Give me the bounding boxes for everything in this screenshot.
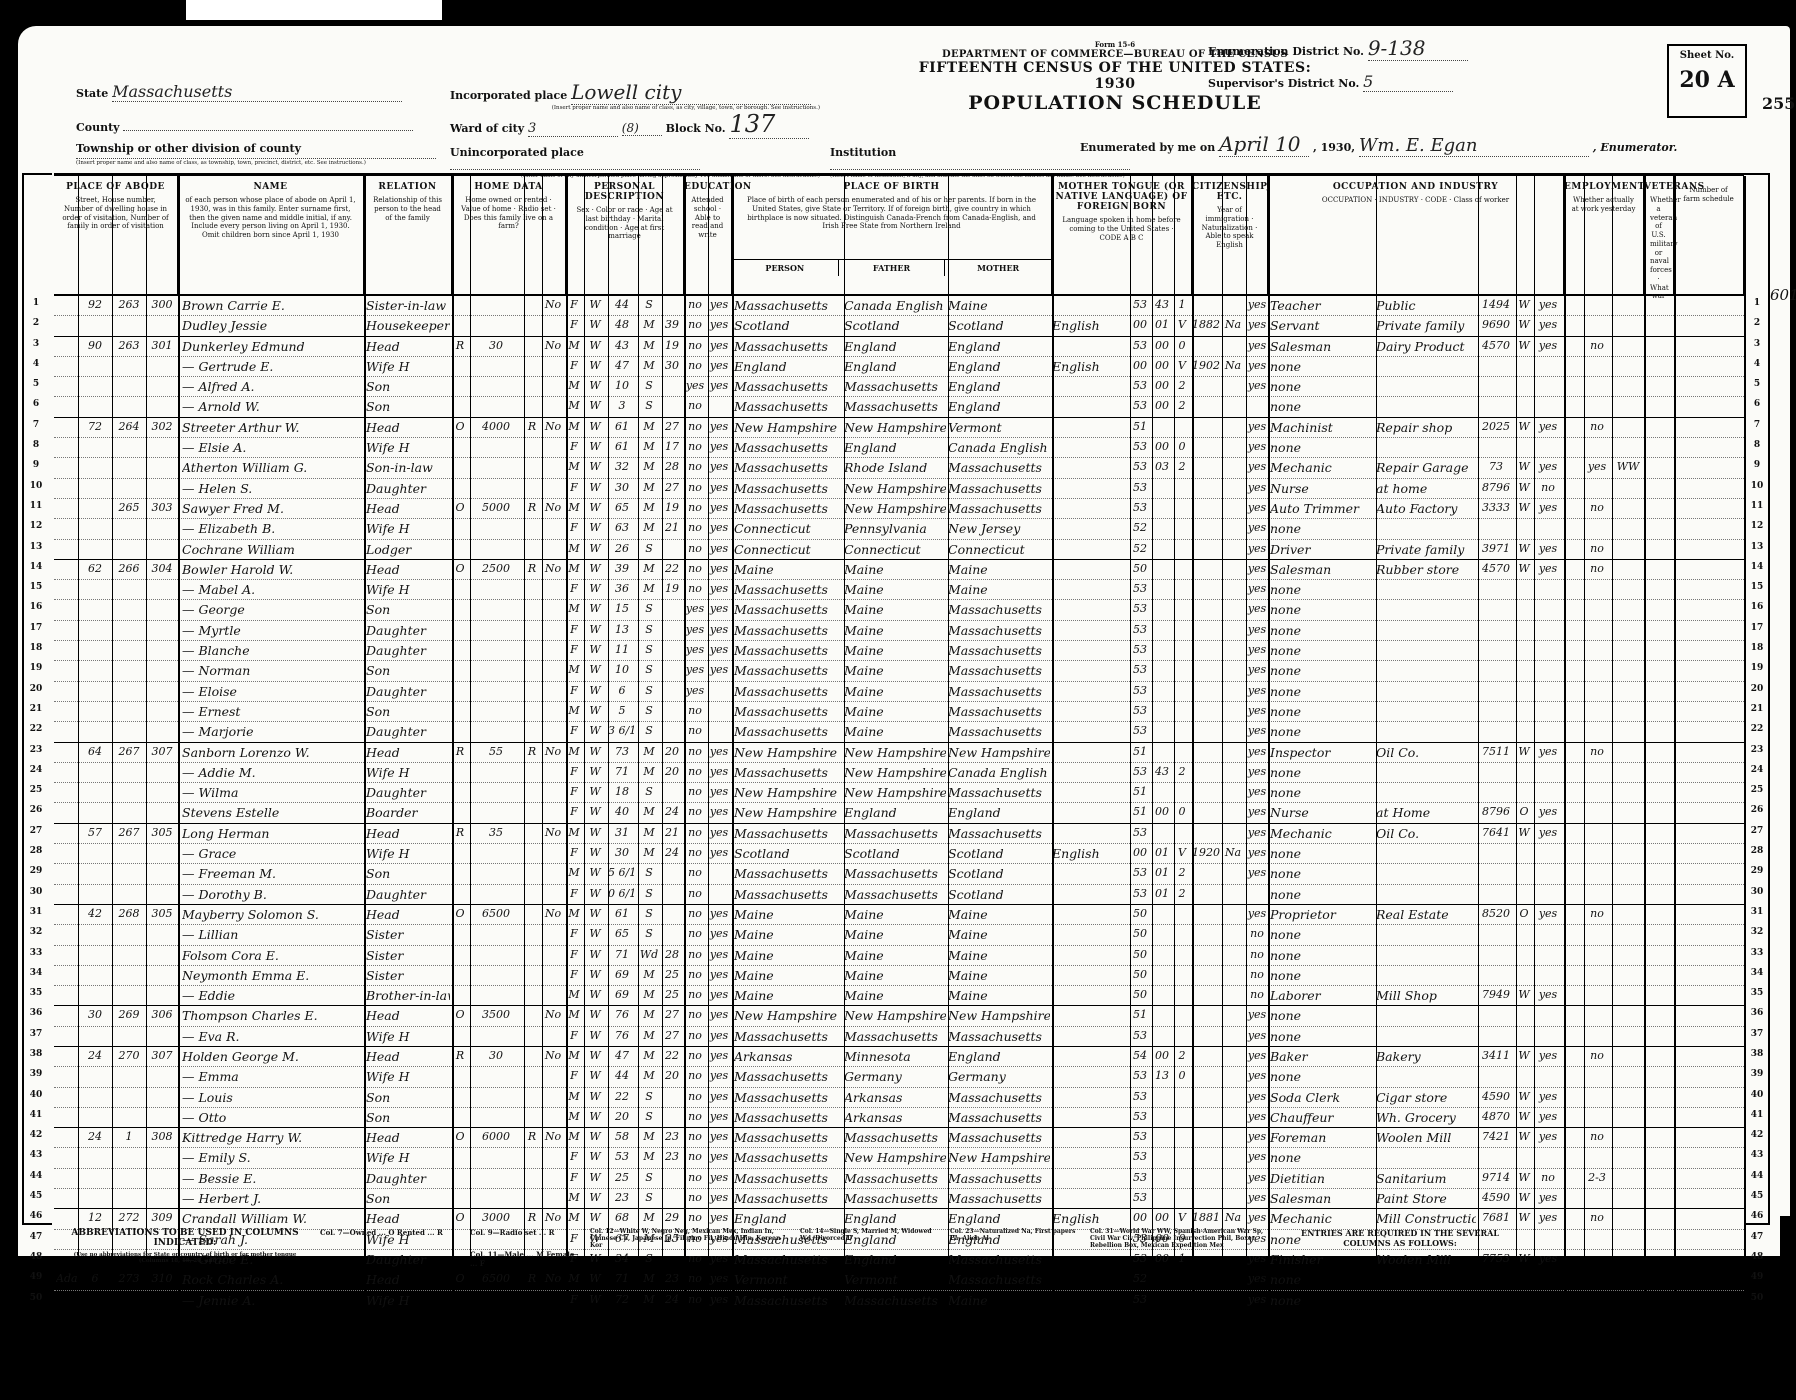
cell-bp-mother: Scotland bbox=[948, 887, 1050, 902]
cell-name: Kittredge Harry W. bbox=[182, 1130, 362, 1145]
line-number-right: 13 bbox=[1747, 542, 1767, 552]
cell-code-c: 0 bbox=[1174, 1069, 1190, 1082]
cell-code-b: 00 bbox=[1152, 359, 1172, 372]
cell-bp-father: New Hampshire bbox=[844, 765, 946, 780]
cell-sex: M bbox=[566, 339, 582, 352]
cell-bp-father: Minnesota bbox=[844, 1049, 946, 1064]
grid-line bbox=[662, 176, 663, 1311]
grid-line bbox=[1052, 176, 1054, 1311]
cell-bp-person: Massachusetts bbox=[734, 1110, 842, 1125]
cell-bp-person: New Hampshire bbox=[734, 420, 842, 435]
cell-name: — Otto bbox=[182, 1110, 362, 1125]
cell-bp-father: Maine bbox=[844, 927, 946, 942]
cell-marital: S bbox=[638, 663, 660, 676]
cell-tongue: English bbox=[1052, 318, 1128, 333]
cell-marital: S bbox=[638, 887, 660, 900]
table-row: 32— LillianSisterFW65SnoyesMaineMaineMai… bbox=[54, 925, 1744, 945]
table-row: 28— GraceWife HFW30M24noyesScotlandScotl… bbox=[54, 844, 1744, 864]
table-row: 39— EmmaWife HFW44M20noyesMassachusettsG… bbox=[54, 1067, 1744, 1087]
cell-race: W bbox=[584, 339, 606, 352]
line-number-right: 2 bbox=[1747, 318, 1767, 328]
cell-bp-father: New Hampshire bbox=[844, 1150, 946, 1165]
column-group-title: CITIZENSHIP, ETC. bbox=[1192, 176, 1267, 202]
line-number-left: 43 bbox=[24, 1150, 48, 1160]
ward-value: 3 bbox=[528, 121, 618, 137]
cell-family: 300 bbox=[146, 298, 178, 311]
cell-english: yes bbox=[1246, 359, 1268, 372]
column-group-header: MOTHER TONGUE (OR NATIVE LANGUAGE) OF FO… bbox=[1052, 176, 1192, 294]
cell-occ-code: 9690 bbox=[1478, 318, 1514, 331]
cell-code-b: 13 bbox=[1152, 1069, 1172, 1082]
cell-age-marr: 21 bbox=[662, 521, 682, 534]
cell-code-a: 53 bbox=[1130, 1150, 1150, 1163]
grid-line bbox=[732, 176, 734, 1311]
line-number-right: 46 bbox=[1747, 1211, 1767, 1221]
cell-marital: M bbox=[638, 562, 660, 575]
cell-radio: R bbox=[524, 420, 540, 433]
line-number-right: 47 bbox=[1747, 1232, 1767, 1242]
cell-race: W bbox=[584, 298, 606, 311]
cell-marital: M bbox=[638, 521, 660, 534]
cell-industry: Private family bbox=[1376, 542, 1476, 557]
abbrev-note: (Use no abbreviations for State or count… bbox=[70, 1252, 300, 1264]
cell-bp-father: Maine bbox=[844, 907, 946, 922]
birthplace-subheader: MOTHER bbox=[945, 260, 1051, 276]
cell-school: no bbox=[684, 704, 706, 717]
cell-code-a: 53 bbox=[1130, 399, 1150, 412]
cell-race: W bbox=[584, 623, 606, 636]
line-number-right: 17 bbox=[1747, 623, 1767, 633]
cell-class: W bbox=[1516, 745, 1532, 758]
column-group-description: Whether a veteran of U.S. military or na… bbox=[1644, 192, 1673, 305]
cell-occupation: none bbox=[1270, 643, 1374, 658]
cell-at-work: yes bbox=[1534, 562, 1562, 575]
cell-bp-mother: Maine bbox=[948, 988, 1050, 1003]
cell-value: 30 bbox=[470, 339, 522, 352]
entries-required-title: ENTRIES ARE REQUIRED IN THE SEVERAL COLU… bbox=[1300, 1228, 1500, 1248]
cell-english: yes bbox=[1246, 1211, 1268, 1224]
cell-relation: Son bbox=[366, 602, 450, 617]
column-group-title: OCCUPATION AND INDUSTRY bbox=[1268, 176, 1563, 192]
cell-name: — Lillian bbox=[182, 927, 362, 942]
column-group-header: CITIZENSHIP, ETC.Year of immigration · N… bbox=[1192, 176, 1268, 294]
cell-relation: Wife H bbox=[366, 846, 450, 861]
cell-class: W bbox=[1516, 339, 1532, 352]
cell-relation: Wife H bbox=[366, 765, 450, 780]
cell-read: yes bbox=[708, 1191, 730, 1204]
line-number-right: 43 bbox=[1747, 1150, 1767, 1160]
cell-race: W bbox=[584, 481, 606, 494]
cell-code-c: V bbox=[1174, 318, 1190, 331]
cell-bp-person: Arkansas bbox=[734, 1049, 842, 1064]
line-number-left: 17 bbox=[24, 623, 48, 633]
cell-age-marr: 29 bbox=[662, 1211, 682, 1224]
cell-school: no bbox=[684, 1150, 706, 1163]
table-row: 16— GeorgeSonMW15SyesyesMassachusettsMai… bbox=[54, 600, 1744, 620]
cell-code-a: 53 bbox=[1130, 724, 1150, 737]
cell-relation: Sister bbox=[366, 927, 450, 942]
cell-relation: Wife H bbox=[366, 521, 450, 536]
grid-line bbox=[638, 176, 639, 1311]
cell-industry: Cigar store bbox=[1376, 1090, 1476, 1105]
cell-marital: M bbox=[638, 968, 660, 981]
table-row: 42241308Kittredge Harry W.HeadO6000RNoMW… bbox=[54, 1128, 1744, 1148]
cell-bp-person: Massachusetts bbox=[734, 298, 842, 313]
block-value: 137 bbox=[729, 110, 809, 139]
cell-occupation: Soda Clerk bbox=[1270, 1090, 1374, 1105]
line-number-right: 41 bbox=[1747, 1110, 1767, 1120]
cell-bp-mother: Maine bbox=[948, 298, 1050, 313]
cell-name: Neymonth Emma E. bbox=[182, 968, 362, 983]
cell-occ-code: 3411 bbox=[1478, 1049, 1514, 1062]
cell-at-work: yes bbox=[1534, 339, 1562, 352]
cell-read: yes bbox=[708, 948, 730, 961]
cell-code-a: 00 bbox=[1130, 318, 1150, 331]
cell-english: no bbox=[1246, 927, 1268, 940]
cell-age: 31 bbox=[608, 826, 636, 839]
cell-sex: M bbox=[566, 866, 582, 879]
cell-read: yes bbox=[708, 643, 730, 656]
cell-occupation: none bbox=[1270, 785, 1374, 800]
cell-value: 4000 bbox=[470, 420, 522, 433]
cell-code-a: 53 bbox=[1130, 866, 1150, 879]
line-number-right: 8 bbox=[1747, 440, 1767, 450]
cell-bp-father: Maine bbox=[844, 988, 946, 1003]
cell-occupation: Proprietor bbox=[1270, 907, 1374, 922]
line-number-left: 34 bbox=[24, 968, 48, 978]
column-group-header: EMPLOYMENTWhether actually at work yeste… bbox=[1564, 176, 1644, 294]
cell-veteran: no bbox=[1584, 1130, 1610, 1143]
cell-bp-person: Massachusetts bbox=[734, 887, 842, 902]
cell-tongue: English bbox=[1052, 359, 1128, 374]
grid-line bbox=[608, 176, 609, 1311]
cell-marital: M bbox=[638, 1069, 660, 1082]
cell-marital: S bbox=[638, 602, 660, 615]
cell-sex: M bbox=[566, 1110, 582, 1123]
cell-relation: Son bbox=[366, 379, 450, 394]
table-row: 3824270307Holden George M.HeadR30NoMW47M… bbox=[54, 1047, 1744, 1067]
cell-marital: M bbox=[638, 1293, 660, 1306]
cell-relation: Son bbox=[366, 399, 450, 414]
cell-read: yes bbox=[708, 663, 730, 676]
cell-race: W bbox=[584, 440, 606, 453]
cell-school: no bbox=[684, 907, 706, 920]
cell-at-work: yes bbox=[1534, 1130, 1562, 1143]
cell-race: W bbox=[584, 1029, 606, 1042]
cell-school: no bbox=[684, 359, 706, 372]
cell-occupation: none bbox=[1270, 602, 1374, 617]
grid-line bbox=[524, 176, 525, 1311]
cell-age-marr: 20 bbox=[662, 765, 682, 778]
cell-race: W bbox=[584, 562, 606, 575]
cell-age: 15 bbox=[608, 602, 636, 615]
cell-bp-mother: Massachusetts bbox=[948, 501, 1050, 516]
table-row: 12— Elizabeth B.Wife HFW63M21noyesConnec… bbox=[54, 519, 1744, 539]
cell-farm: No bbox=[542, 339, 564, 352]
enum-district-label: Enumeration District No. bbox=[1208, 45, 1364, 58]
cell-school: no bbox=[684, 745, 706, 758]
cell-english: yes bbox=[1246, 298, 1268, 311]
table-row: 2757267305Long HermanHeadR35NoMW31M21noy… bbox=[54, 824, 1744, 844]
cell-race: W bbox=[584, 542, 606, 555]
cell-code-a: 53 bbox=[1130, 1130, 1150, 1143]
enumerated-label: Enumerated by me on bbox=[1080, 141, 1215, 154]
grid-line bbox=[684, 176, 686, 1311]
cell-read: yes bbox=[708, 1171, 730, 1184]
cell-english: yes bbox=[1246, 602, 1268, 615]
cell-english: yes bbox=[1246, 1090, 1268, 1103]
cell-code-a: 50 bbox=[1130, 907, 1150, 920]
cell-farm: No bbox=[542, 1008, 564, 1021]
cell-marital: M bbox=[638, 1008, 660, 1021]
cell-bp-mother: Massachusetts bbox=[948, 623, 1050, 638]
line-number-right: 11 bbox=[1747, 501, 1767, 511]
grid-line bbox=[844, 176, 845, 1311]
cell-occupation: Mechanic bbox=[1270, 826, 1374, 841]
cell-occupation: none bbox=[1270, 663, 1374, 678]
cell-age-marr: 27 bbox=[662, 1008, 682, 1021]
table-row: 11265303Sawyer Fred M.HeadO5000RNoMW65M1… bbox=[54, 499, 1744, 519]
cell-name: — Emma bbox=[182, 1069, 362, 1084]
cell-code-a: 53 bbox=[1130, 663, 1150, 676]
cell-marital: M bbox=[638, 440, 660, 453]
cell-occ-code: 2025 bbox=[1478, 420, 1514, 433]
cell-code-c: 0 bbox=[1174, 805, 1190, 818]
cell-farm: No bbox=[542, 1049, 564, 1062]
line-number-left: 30 bbox=[24, 887, 48, 897]
cell-radio: R bbox=[524, 1211, 540, 1224]
cell-code-a: 50 bbox=[1130, 988, 1150, 1001]
cell-dwelling: 265 bbox=[112, 501, 146, 514]
line-number-left: 9 bbox=[24, 460, 48, 470]
grid-line bbox=[470, 176, 471, 1311]
column-group-title: VETERANS bbox=[1644, 176, 1673, 192]
cell-school: no bbox=[684, 1090, 706, 1103]
cell-race: W bbox=[584, 521, 606, 534]
cell-house: 42 bbox=[78, 907, 112, 920]
cell-race: W bbox=[584, 805, 606, 818]
cell-dwelling: 272 bbox=[112, 1211, 146, 1224]
cell-code-c: 2 bbox=[1174, 1049, 1190, 1062]
cell-read: yes bbox=[708, 420, 730, 433]
cell-english: yes bbox=[1246, 1171, 1268, 1184]
cell-school: no bbox=[684, 724, 706, 737]
column-group-header: Number of farm schedule bbox=[1674, 176, 1744, 294]
cell-dwelling: 264 bbox=[112, 420, 146, 433]
cell-age-marr: 19 bbox=[662, 339, 682, 352]
cell-age: 76 bbox=[608, 1029, 636, 1042]
cell-name: Sawyer Fred M. bbox=[182, 501, 362, 516]
cell-sex: F bbox=[566, 318, 582, 331]
cell-code-a: 53 bbox=[1130, 704, 1150, 717]
line-number-left: 41 bbox=[24, 1110, 48, 1120]
table-row: 50— Jennie A.Wife HFW72M24noyesMassachus… bbox=[54, 1291, 1744, 1311]
cell-race: W bbox=[584, 846, 606, 859]
cell-industry: Sanitarium bbox=[1376, 1171, 1476, 1186]
cell-bp-father: Scotland bbox=[844, 318, 946, 333]
cell-house: 12 bbox=[78, 1211, 112, 1224]
cell-race: W bbox=[584, 785, 606, 798]
table-row: 20— EloiseDaughterFW6SyesMassachusettsMa… bbox=[54, 682, 1744, 702]
cell-school: no bbox=[684, 1049, 706, 1062]
cell-marital: S bbox=[638, 785, 660, 798]
cell-relation: Son bbox=[366, 1191, 450, 1206]
line-number-right: 25 bbox=[1747, 785, 1767, 795]
birthplace-subheader: FATHER bbox=[839, 260, 946, 276]
cell-sex: M bbox=[566, 460, 582, 473]
line-number-left: 36 bbox=[24, 1008, 48, 1018]
line-number-right: 10 bbox=[1747, 481, 1767, 491]
cell-bp-person: Massachusetts bbox=[734, 440, 842, 455]
cell-relation: Wife H bbox=[366, 359, 450, 374]
cell-name: — George bbox=[182, 602, 362, 617]
cell-bp-person: Massachusetts bbox=[734, 481, 842, 496]
cell-relation: Wife H bbox=[366, 582, 450, 597]
cell-bp-mother: Canada English bbox=[948, 440, 1050, 455]
page-number: 255 bbox=[1762, 94, 1795, 113]
table-row: 5— Alfred A.SonMW10SyesyesMassachusettsM… bbox=[54, 377, 1744, 397]
column-group-title: HOME DATA bbox=[452, 176, 565, 192]
cell-occupation: Nurse bbox=[1270, 481, 1374, 496]
cell-bp-father: Maine bbox=[844, 643, 946, 658]
cell-age: 72 bbox=[608, 1293, 636, 1306]
cell-occupation: none bbox=[1270, 623, 1374, 638]
state-field: State Massachusetts bbox=[76, 82, 402, 102]
table-row: 17— MyrtleDaughterFW13SyesyesMassachuset… bbox=[54, 621, 1744, 641]
cell-code-a: 53 bbox=[1130, 582, 1150, 595]
cell-code-b: 01 bbox=[1152, 866, 1172, 879]
cell-school: no bbox=[684, 968, 706, 981]
cell-english: yes bbox=[1246, 339, 1268, 352]
abbrev-title: ABBREVIATIONS TO BE USED IN COLUMNS INDI… bbox=[70, 1228, 300, 1248]
cell-school: no bbox=[684, 542, 706, 555]
cell-age: 43 bbox=[608, 339, 636, 352]
grid-line bbox=[112, 176, 113, 1311]
abbrev-col7: Col. 7—Owned ... O Rented ... R bbox=[320, 1228, 460, 1237]
cell-relation: Head bbox=[366, 1130, 450, 1145]
cell-sex: F bbox=[566, 887, 582, 900]
cell-code-a: 52 bbox=[1130, 542, 1150, 555]
right-line-number-column bbox=[1744, 173, 1770, 1225]
cell-read: yes bbox=[708, 298, 730, 311]
cell-bp-father: Connecticut bbox=[844, 542, 946, 557]
cell-read: yes bbox=[708, 785, 730, 798]
cell-read: yes bbox=[708, 318, 730, 331]
cell-relation: Son bbox=[366, 663, 450, 678]
column-group-description: of each person whose place of abode on A… bbox=[178, 192, 363, 244]
cell-occupation: none bbox=[1270, 359, 1374, 374]
cell-bp-mother: Canada English bbox=[948, 765, 1050, 780]
cell-at-work: yes bbox=[1534, 460, 1562, 473]
cell-read: yes bbox=[708, 1150, 730, 1163]
column-group-header: OCCUPATION AND INDUSTRYOCCUPATION · INDU… bbox=[1268, 176, 1564, 294]
cell-read: yes bbox=[708, 826, 730, 839]
cell-tenure: R bbox=[452, 745, 468, 758]
cell-age-marr: 28 bbox=[662, 948, 682, 961]
incorporated-place-field: Incorporated place Lowell city (Insert p… bbox=[450, 80, 820, 111]
cell-bp-mother: Massachusetts bbox=[948, 481, 1050, 496]
cell-relation: Son bbox=[366, 704, 450, 719]
cell-sex: F bbox=[566, 805, 582, 818]
cell-age: 65 bbox=[608, 927, 636, 940]
cell-occupation: Salesman bbox=[1270, 339, 1374, 354]
cell-bp-father: Germany bbox=[844, 1069, 946, 1084]
cell-bp-person: Massachusetts bbox=[734, 643, 842, 658]
cell-marital: M bbox=[638, 805, 660, 818]
line-number-right: 32 bbox=[1747, 927, 1767, 937]
cell-sex: M bbox=[566, 1008, 582, 1021]
cell-age: 63 bbox=[608, 521, 636, 534]
cell-name: — Elizabeth B. bbox=[182, 521, 362, 536]
cell-age: 61 bbox=[608, 420, 636, 433]
cell-race: W bbox=[584, 420, 606, 433]
cell-english: yes bbox=[1246, 826, 1268, 839]
cell-code-a: 53 bbox=[1130, 602, 1150, 615]
cell-bp-father: Massachusetts bbox=[844, 1191, 946, 1206]
cell-read: yes bbox=[708, 1008, 730, 1021]
cell-age-marr: 30 bbox=[662, 359, 682, 372]
cell-bp-mother: Vermont bbox=[948, 420, 1050, 435]
cell-name: — Ernest bbox=[182, 704, 362, 719]
abbrev-block: ABBREVIATIONS TO BE USED IN COLUMNS INDI… bbox=[70, 1228, 300, 1264]
cell-bp-person: Massachusetts bbox=[734, 1069, 842, 1084]
cell-code-a: 50 bbox=[1130, 968, 1150, 981]
cell-class: O bbox=[1516, 805, 1532, 818]
cell-veteran: no bbox=[1584, 420, 1610, 433]
line-number-left: 24 bbox=[24, 765, 48, 775]
line-number-left: 27 bbox=[24, 826, 48, 836]
birthplace-subheader: PERSON bbox=[732, 260, 839, 276]
cell-name: — Eloise bbox=[182, 684, 362, 699]
cell-tenure: O bbox=[452, 501, 468, 514]
cell-code-a: 53 bbox=[1130, 1029, 1150, 1042]
cell-sex: F bbox=[566, 521, 582, 534]
cell-bp-father: New Hampshire bbox=[844, 1008, 946, 1023]
cell-code-c: 2 bbox=[1174, 399, 1190, 412]
cell-farm: No bbox=[542, 826, 564, 839]
cell-age-marr: 24 bbox=[662, 805, 682, 818]
cell-race: W bbox=[584, 1191, 606, 1204]
cell-code-a: 53 bbox=[1130, 501, 1150, 514]
cell-english: yes bbox=[1246, 805, 1268, 818]
cell-bp-mother: England bbox=[948, 359, 1050, 374]
cell-immig: 1920 bbox=[1192, 846, 1220, 859]
cell-school: no bbox=[684, 1029, 706, 1042]
cell-english: yes bbox=[1246, 1029, 1268, 1042]
cell-tenure: R bbox=[452, 339, 468, 352]
cell-name: — Marjorie bbox=[182, 724, 362, 739]
cell-code-b: 01 bbox=[1152, 318, 1172, 331]
cell-marital: M bbox=[638, 501, 660, 514]
cell-bp-person: Massachusetts bbox=[734, 684, 842, 699]
cell-code-b: 43 bbox=[1152, 298, 1172, 311]
line-number-right: 45 bbox=[1747, 1191, 1767, 1201]
incorporated-label: Incorporated place bbox=[450, 89, 567, 102]
cell-industry: Auto Factory bbox=[1376, 501, 1476, 516]
cell-bp-person: Massachusetts bbox=[734, 623, 842, 638]
cell-code-b: 00 bbox=[1152, 805, 1172, 818]
cell-class: W bbox=[1516, 542, 1532, 555]
cell-dwelling: 267 bbox=[112, 745, 146, 758]
cell-english: yes bbox=[1246, 785, 1268, 798]
cell-code-a: 53 bbox=[1130, 1110, 1150, 1123]
cell-english: yes bbox=[1246, 481, 1268, 494]
cell-occupation: none bbox=[1270, 887, 1374, 902]
table-row: 41— OttoSonMW20SnoyesMassachusettsArkans… bbox=[54, 1108, 1744, 1128]
cell-bp-mother: Maine bbox=[948, 907, 1050, 922]
cell-race: W bbox=[584, 907, 606, 920]
cell-read: yes bbox=[708, 460, 730, 473]
